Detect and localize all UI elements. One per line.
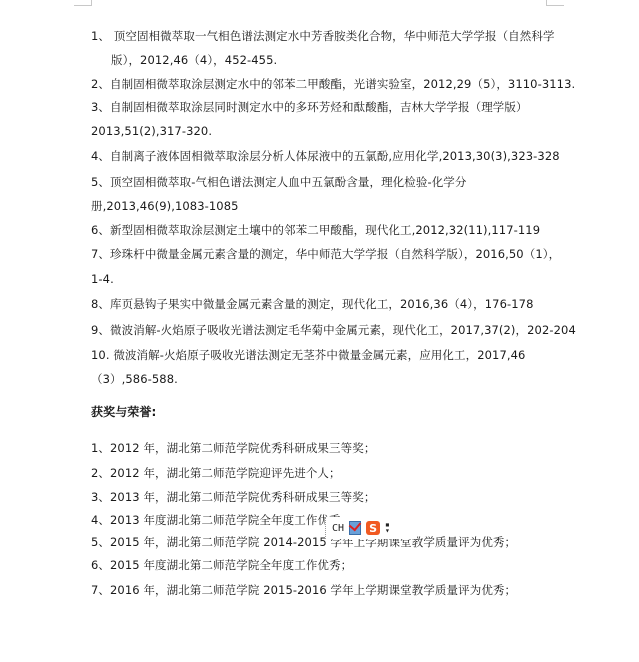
- publication-7-line-1: 7、珍珠杆中微量金属元素含量的测定，华中师范大学学报（自然科学版），2016,5…: [91, 247, 560, 261]
- award-item-3: 3、2013 年，湖北第二师范学院优秀科研成果三等奖；: [91, 490, 375, 504]
- awards-heading: 获奖与荣誉:: [91, 405, 156, 419]
- publication-1-line-2: 版），2012,46（4），452-455.: [111, 53, 277, 67]
- publication-1-line-1: 1、 顶空固相微萃取一气相色谱法测定水中芳香胺类化合物，华中师范大学学报（自然科…: [91, 29, 555, 43]
- publication-3-line-2: 2013,51(2),317-320.: [91, 124, 212, 138]
- publication-3-line-1: 3、自制固相微萃取涂层同时测定水中的多环芳烃和酞酸酯，吉林大学学报（理学版）: [91, 100, 528, 114]
- margin-crop-mark-right: [546, 0, 564, 6]
- ime-doc-check-icon[interactable]: [349, 521, 361, 535]
- chevron-down-icon[interactable]: ▪▾: [385, 522, 390, 534]
- award-item-2: 2、2012 年，湖北第二师范学院迎评先进个人；: [91, 466, 341, 480]
- ime-toolbar[interactable]: CH S ▪▾: [325, 517, 417, 539]
- publication-6: 6、新型固相微萃取涂层测定土壤中的邻苯二甲酸酯，现代化工,2012,32(11)…: [91, 223, 540, 237]
- ime-mode-toggle[interactable]: CH: [332, 523, 344, 534]
- award-item-6: 6、2015 年度湖北第二师范学院全年度工作优秀；: [91, 558, 352, 572]
- margin-crop-mark-left: [74, 0, 92, 6]
- publication-10-line-2: （3）,586-588.: [91, 372, 178, 386]
- award-item-1: 1、2012 年，湖北第二师范学院优秀科研成果三等奖；: [91, 441, 375, 455]
- publication-2: 2、自制固相微萃取涂层测定水中的邻苯二甲酸酯，光谱实验室，2012,29（5），…: [91, 77, 575, 91]
- publication-10-line-1: 10. 微波消解-火焰原子吸收光谱法测定无茎芥中微量金属元素，应用化工，2017…: [91, 348, 525, 362]
- publication-5-line-1: 5、顶空固相微萃取-气相色谱法测定人血中五氯酚含量，理化检验-化学分: [91, 175, 467, 189]
- award-item-7: 7、2016 年，湖北第二师范学院 2015-2016 学年上学期课堂教学质量评…: [91, 583, 516, 597]
- sogou-logo-icon[interactable]: S: [366, 521, 380, 535]
- publication-5-line-2: 册,2013,46(9),1083-1085: [91, 199, 239, 213]
- award-item-5: 5、2015 年，湖北第二师范学院 2014-2015 学年上学期课堂教学质量评…: [91, 535, 516, 549]
- publication-7-line-2: 1-4.: [91, 272, 114, 286]
- award-item-4: 4、2013 年度湖北第二师范学院全年度工作优秀；: [91, 513, 352, 527]
- publication-4: 4、自制离子液体固相微萃取涂层分析人体尿液中的五氯酚,应用化学,2013,30(…: [91, 149, 560, 163]
- publication-8: 8、库页悬钩子果实中微量金属元素含量的测定，现代化工，2016,36（4），17…: [91, 297, 533, 311]
- publication-9: 9、微波消解-火焰原子吸收光谱法测定毛华菊中金属元素，现代化工，2017,37(…: [91, 323, 576, 337]
